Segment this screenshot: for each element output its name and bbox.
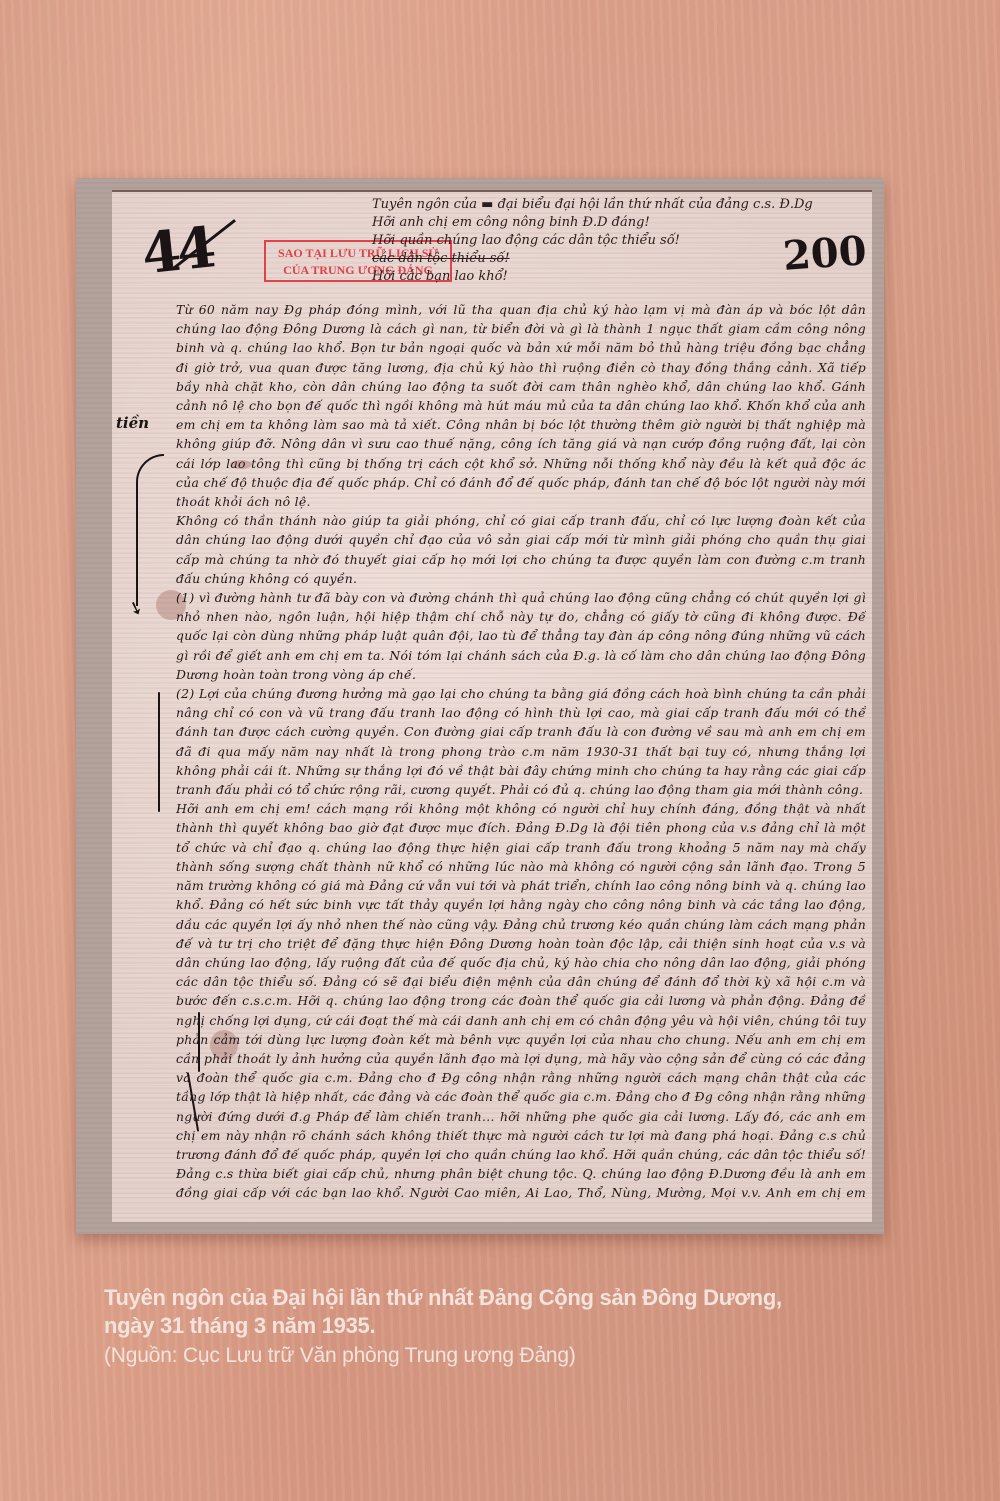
stamp-line-1: SAO TẠI LƯU TRỮ LỊCH SỬ	[266, 245, 450, 262]
paper-stain	[210, 1030, 238, 1060]
header-line: Tuyên ngôn của ▬ đại biểu đại hội lần th…	[372, 196, 852, 214]
margin-line	[187, 1072, 199, 1131]
slash-mark	[171, 219, 236, 271]
paper-stain	[156, 590, 186, 620]
folio-number: 200	[781, 227, 868, 280]
exhibit-caption: Tuyên ngôn của Đại hội lần thứ nhất Đảng…	[104, 1284, 904, 1370]
header-line: Hỡi anh chị em công nông binh Đ.D đáng!	[372, 214, 852, 232]
margin-bracket	[136, 454, 164, 606]
body-paragraph: Từ 60 năm nay Đg pháp đóng mình, với lũ …	[176, 300, 866, 511]
paper-stain	[230, 460, 252, 469]
archive-stamp: SAO TẠI LƯU TRỮ LỊCH SỬ CỦA TRUNG ƯƠNG Đ…	[264, 240, 452, 282]
margin-line	[158, 692, 160, 812]
body-paragraph: (1) vì đường hành tư đã bày con và đường…	[176, 588, 866, 684]
header-line: Hỡi các bạn lao khổ!	[372, 268, 852, 286]
margin-arrow-icon: ➘	[125, 596, 146, 621]
body-paragraph: Hỡi anh em chị em! cách mạng rồi không m…	[176, 799, 866, 1200]
body-paragraph: (2) Lợi của chúng đương hưởng mà gạo lại…	[176, 684, 866, 799]
margin-note: tiền	[116, 414, 149, 432]
caption-title-line-2: ngày 31 tháng 3 năm 1935.	[104, 1312, 904, 1340]
manuscript-photo: 44 SAO TẠI LƯU TRỮ LỊCH SỬ CỦA TRUNG ƯƠN…	[76, 178, 884, 1234]
manuscript-body: Từ 60 năm nay Đg pháp đóng mình, với lũ …	[176, 300, 866, 1200]
manuscript-paper: 44 SAO TẠI LƯU TRỮ LỊCH SỬ CỦA TRUNG ƯƠN…	[112, 190, 872, 1222]
header-line-struck: các dân tộc thiểu số!	[372, 250, 852, 268]
body-paragraph: Không có thần thánh nào giúp ta giải phó…	[176, 511, 866, 588]
manuscript-header: Tuyên ngôn của ▬ đại biểu đại hội lần th…	[372, 196, 852, 286]
stamp-line-2: CỦA TRUNG ƯƠNG ĐẢNG	[266, 262, 450, 279]
page-number: 44	[139, 215, 215, 288]
margin-line	[198, 1012, 200, 1072]
caption-title-line-1: Tuyên ngôn của Đại hội lần thứ nhất Đảng…	[104, 1284, 904, 1312]
header-line: Hỡi quần chúng lao động các dân tộc thiể…	[372, 232, 852, 250]
caption-source: (Nguồn: Cục Lưu trữ Văn phòng Trung ương…	[104, 1342, 904, 1370]
